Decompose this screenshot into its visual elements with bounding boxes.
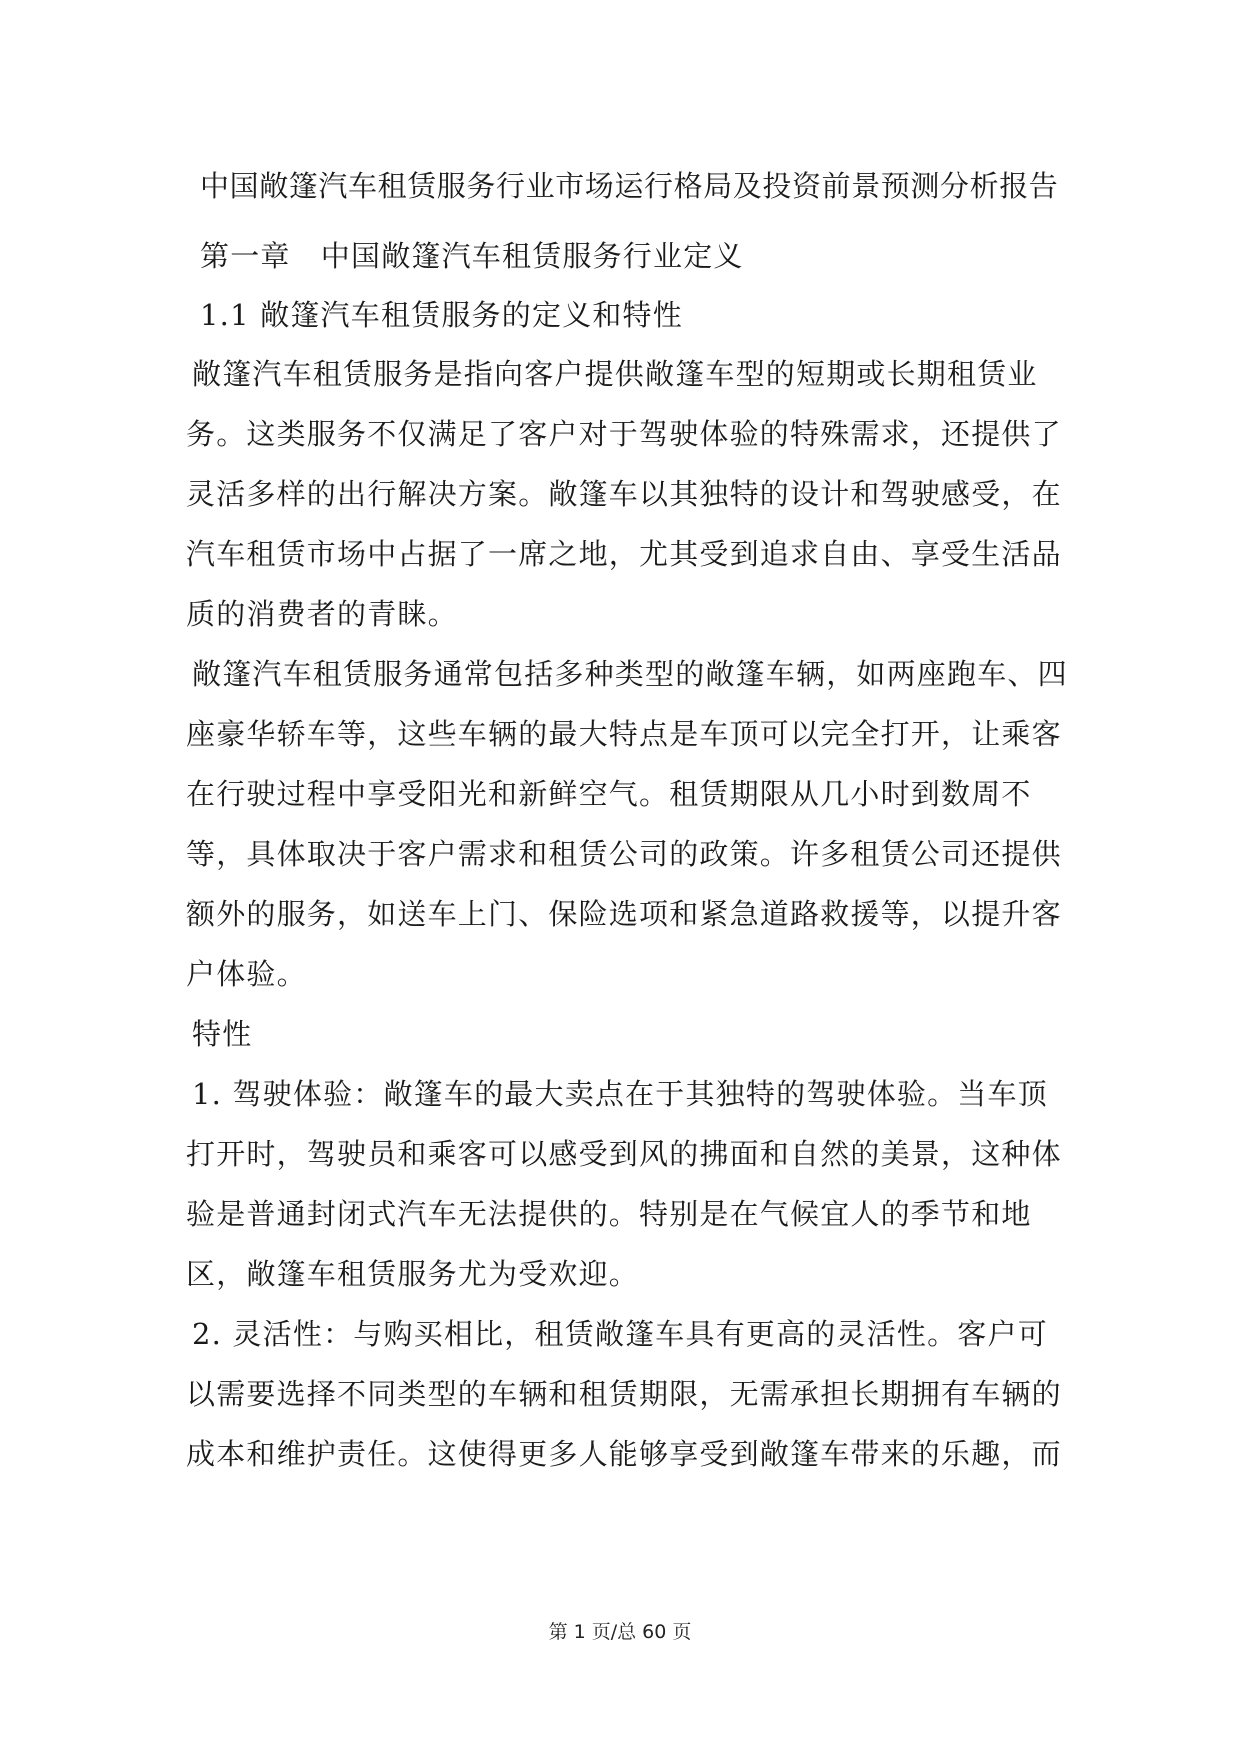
paragraph-line: 打开时，驾驶员和乘客可以感受到风的拂面和自然的美景，这种体 <box>186 1136 1062 1172</box>
paragraph-line: 成本和维护责任。这使得更多人能够享受到敞篷车带来的乐趣，而 <box>186 1436 1062 1472</box>
document-page: 中国敞篷汽车租赁服务行业市场运行格局及投资前景预测分析报告 第一章 中国敞篷汽车… <box>0 0 1240 1753</box>
paragraph-line: 2. 灵活性：与购买相比，租赁敞篷车具有更高的灵活性。客户可 <box>192 1316 1048 1352</box>
paragraph-line: 验是普通封闭式汽车无法提供的。特别是在气候宜人的季节和地 <box>186 1196 1032 1232</box>
paragraph-line: 等，具体取决于客户需求和租赁公司的政策。许多租赁公司还提供 <box>186 836 1062 872</box>
paragraph-line: 以需要选择不同类型的车辆和租赁期限，无需承担长期拥有车辆的 <box>186 1376 1062 1412</box>
paragraph-line: 额外的服务，如送车上门、保险选项和紧急道路救援等，以提升客 <box>186 896 1062 932</box>
paragraph-line: 务。这类服务不仅满足了客户对于驾驶体验的特殊需求，还提供了 <box>186 416 1062 452</box>
paragraph-line: 质的消费者的青睐。 <box>186 596 458 632</box>
paragraph-line: 敞篷汽车租赁服务是指向客户提供敞篷车型的短期或长期租赁业 <box>192 356 1038 392</box>
features-heading: 特性 <box>192 1016 252 1052</box>
paragraph-line: 汽车租赁市场中占据了一席之地，尤其受到追求自由、享受生活品 <box>186 536 1062 572</box>
page-number-footer: 第 1 页/总 60 页 <box>0 1620 1240 1644</box>
paragraph-line: 座豪华轿车等，这些车辆的最大特点是车顶可以完全打开，让乘客 <box>186 716 1062 752</box>
paragraph-line: 区，敞篷车租赁服务尤为受欢迎。 <box>186 1256 639 1292</box>
paragraph-line: 户体验。 <box>186 956 307 992</box>
paragraph-line: 1. 驾驶体验：敞篷车的最大卖点在于其独特的驾驶体验。当车顶 <box>192 1076 1048 1112</box>
paragraph-line: 灵活多样的出行解决方案。敞篷车以其独特的设计和驾驶感受，在 <box>186 476 1062 512</box>
paragraph-line: 敞篷汽车租赁服务通常包括多种类型的敞篷车辆，如两座跑车、四 <box>192 656 1068 692</box>
chapter-heading: 第一章 中国敞篷汽车租赁服务行业定义 <box>200 238 744 274</box>
section-heading: 1.1 敞篷汽车租赁服务的定义和特性 <box>200 297 683 333</box>
document-title: 中国敞篷汽车租赁服务行业市场运行格局及投资前景预测分析报告 <box>200 168 1058 204</box>
paragraph-line: 在行驶过程中享受阳光和新鲜空气。租赁期限从几小时到数周不 <box>186 776 1032 812</box>
